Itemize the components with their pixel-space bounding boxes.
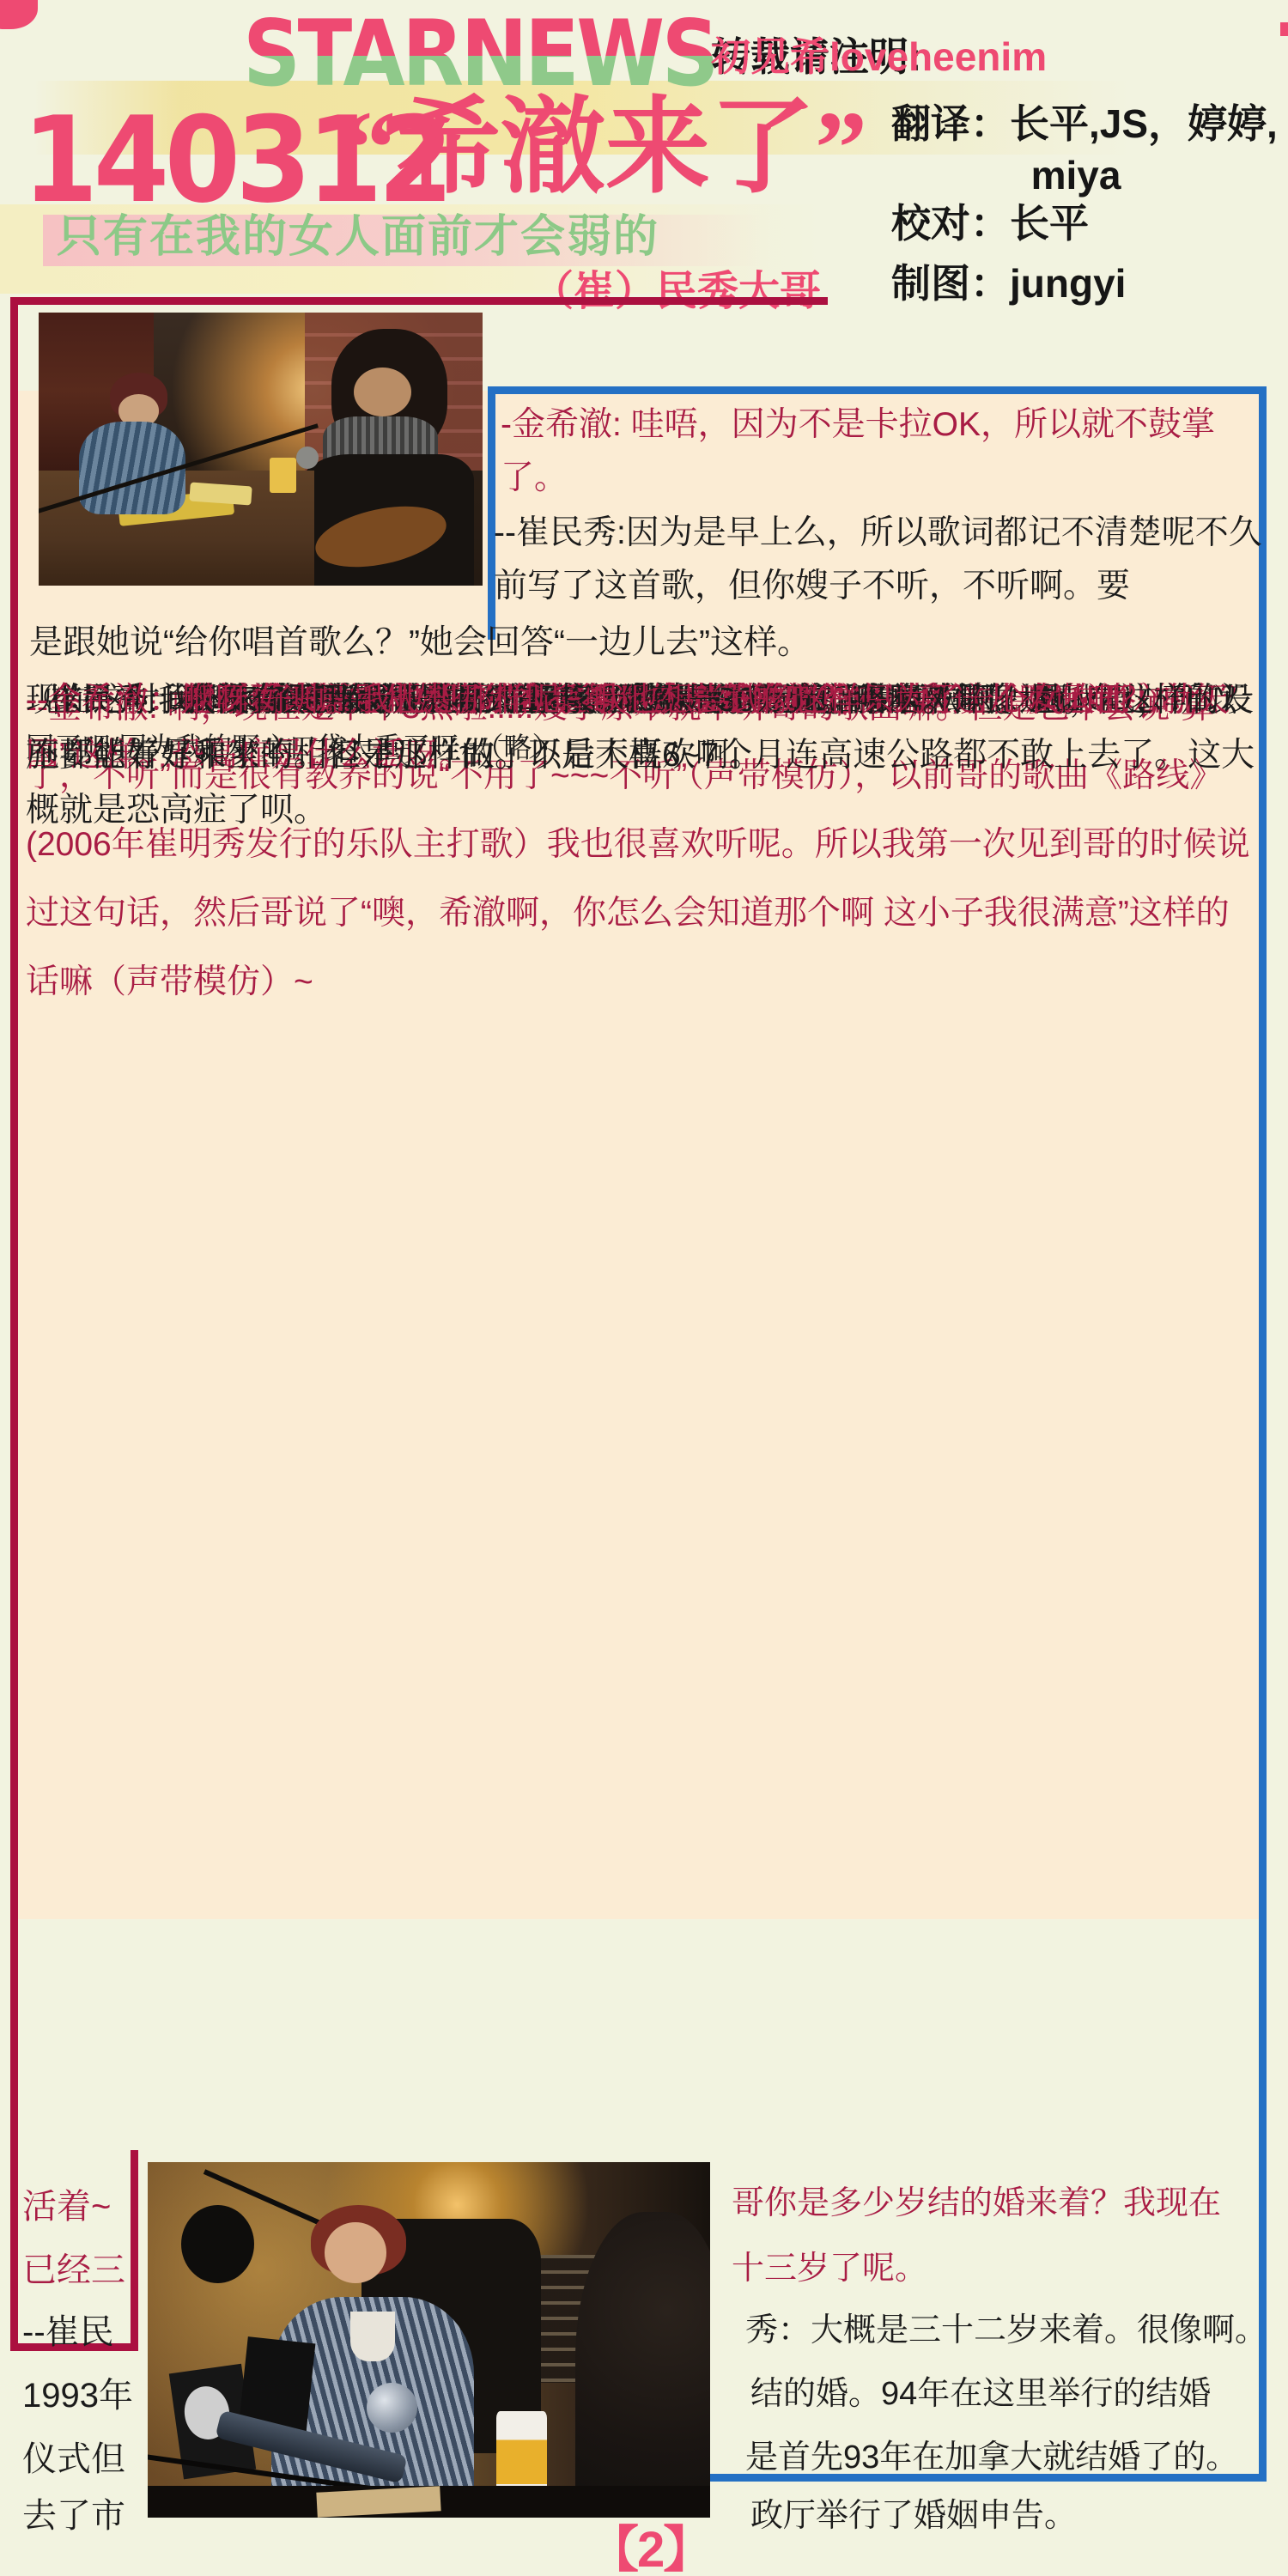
minsoo-face xyxy=(354,368,411,416)
blue-border-top xyxy=(488,386,1267,394)
wrap-right-line: 结的婚。94年在这里举行的结婚 xyxy=(750,2366,1211,2414)
paper-cup xyxy=(496,2411,547,2496)
heechul-face xyxy=(325,2222,386,2282)
wrap-left-line: 已经三 xyxy=(22,2243,125,2292)
maroon-border-left xyxy=(10,297,18,2351)
repost-source: 初见希loveheenim xyxy=(711,34,1047,80)
corner-pink-sliver xyxy=(1280,22,1288,36)
wrap-left-line: --崔民 xyxy=(22,2305,114,2354)
credit-translation-cont: miya xyxy=(891,153,1261,198)
credit-layout: 制图：jungyi xyxy=(891,261,1126,307)
subtitle: 只有在我的女人面前才会弱的 xyxy=(57,213,659,262)
wrap-left-line: 1993年 xyxy=(22,2368,133,2417)
wrap-right-line: 十三岁了呢。 xyxy=(732,2241,927,2288)
white-tee xyxy=(350,2312,395,2361)
maroon-border-top xyxy=(10,297,828,305)
mic-ball xyxy=(367,2383,417,2433)
credit-translation: 翻译：长平,JS，婷婷, xyxy=(891,101,1278,147)
page-number: 【2】 xyxy=(589,2509,711,2576)
desk-lamp xyxy=(181,2205,254,2283)
credit-proofread: 校对：长平 xyxy=(891,201,1089,246)
bottom-photo xyxy=(148,2162,710,2518)
wrap-left-line: 仪式但 xyxy=(22,2432,125,2481)
cup xyxy=(270,458,296,493)
wrap-left-line: 去了市 xyxy=(22,2488,125,2537)
brand-logo: STARNEWS xyxy=(243,9,716,100)
dialogue-kim-intro: -金希澈: 哇唔，因为不是卡拉OK，所以就不鼓掌了。 xyxy=(501,398,1260,505)
dialogue-choi-intro-cont: 是跟她说“给你唱首歌么？”她会回答“一边儿去”这样。 xyxy=(29,617,1261,670)
dialogue-line: --金希澈：咿呀 好帅。我也想那样呢。我也想尝试像这样只为了一个女人而 xyxy=(26,673,1129,728)
wrap-right-line: 秀：大概是三十二岁来着。很像啊。 xyxy=(745,2303,1267,2350)
wrap-right-line: 是首先93年在加拿大就结婚了的。 xyxy=(745,2430,1238,2477)
wrap-right-line: 哥你是多少岁结的婚来着？我现在 xyxy=(732,2176,1221,2223)
top-photo xyxy=(39,313,483,586)
maroon-border-pocket xyxy=(131,2150,138,2351)
wrap-left-line: 活着~ xyxy=(22,2179,111,2228)
fan-translation-page: STARNEWS 140312 “希澈来了” 只有在我的女人面前才会弱的 （崔）… xyxy=(0,0,1288,2576)
page-title: “希澈来了” xyxy=(343,96,867,201)
guest-label: （崔）民秀大哥 xyxy=(532,270,821,315)
wrap-right-line: 政厅举行了婚姻申告。 xyxy=(750,2488,1077,2536)
mic-head xyxy=(296,447,319,469)
minsoo-head-foreground xyxy=(575,2212,710,2518)
corner-pink-blob xyxy=(0,0,38,29)
dialogue-choi-intro: --崔民秀:因为是早上么，所以歌词都记不清楚呢不久前写了这首歌，但你嫂子不听，不… xyxy=(494,507,1267,613)
blue-border-right xyxy=(1259,386,1267,2482)
